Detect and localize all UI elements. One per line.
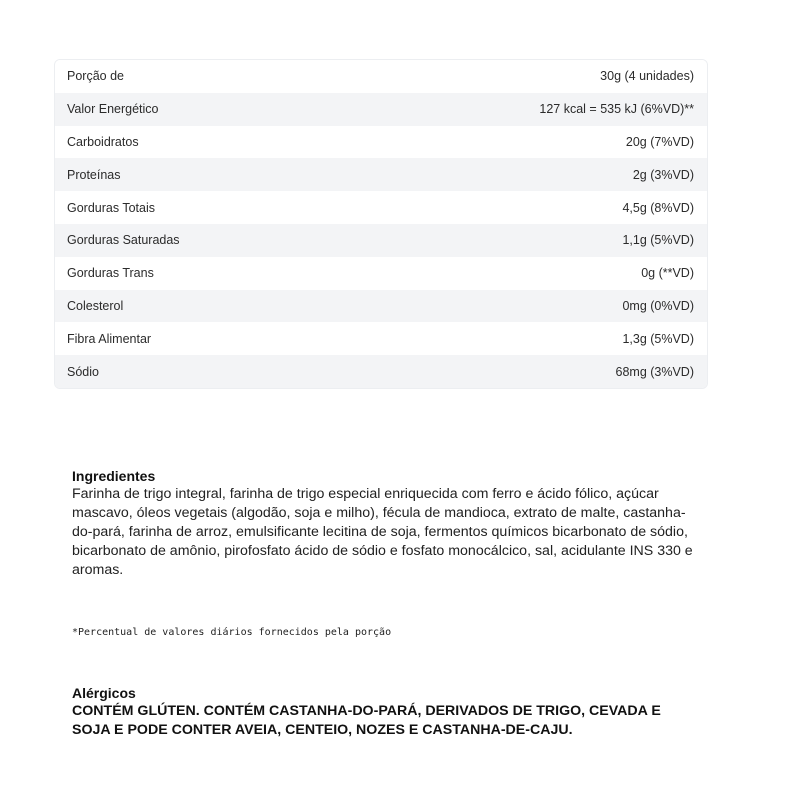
nutrition-value: 68mg (3%VD) bbox=[616, 365, 695, 379]
nutrition-label: Gorduras Saturadas bbox=[67, 233, 180, 247]
nutrition-label: Proteínas bbox=[67, 168, 121, 182]
nutrition-row-cholesterol: Colesterol 0mg (0%VD) bbox=[55, 290, 707, 323]
nutrition-row-fiber: Fibra Alimentar 1,3g (5%VD) bbox=[55, 322, 707, 355]
nutrition-table: Porção de 30g (4 unidades) Valor Energét… bbox=[54, 59, 708, 389]
nutrition-row-saturated-fat: Gorduras Saturadas 1,1g (5%VD) bbox=[55, 224, 707, 257]
nutrition-value: 4,5g (8%VD) bbox=[622, 201, 694, 215]
nutrition-label: Fibra Alimentar bbox=[67, 332, 151, 346]
nutrition-row-total-fat: Gorduras Totais 4,5g (8%VD) bbox=[55, 191, 707, 224]
nutrition-label: Carboidratos bbox=[67, 135, 139, 149]
nutrition-label: Porção de bbox=[67, 69, 124, 83]
nutrition-row-sodium: Sódio 68mg (3%VD) bbox=[55, 355, 707, 388]
allergens-text: CONTÉM GLÚTEN. CONTÉM CASTANHA-DO-PARÁ, … bbox=[72, 702, 692, 740]
nutrition-label: Colesterol bbox=[67, 299, 123, 313]
nutrition-value: 0g (**VD) bbox=[641, 266, 694, 280]
allergens-title: Alérgicos bbox=[72, 684, 712, 702]
nutrition-label: Gorduras Trans bbox=[67, 266, 154, 280]
nutrition-value: 0mg (0%VD) bbox=[622, 299, 694, 313]
nutrition-value: 2g (3%VD) bbox=[633, 168, 694, 182]
ingredients-title: Ingredientes bbox=[72, 467, 712, 485]
nutrition-value: 1,3g (5%VD) bbox=[622, 332, 694, 346]
nutrition-row-protein: Proteínas 2g (3%VD) bbox=[55, 158, 707, 191]
nutrition-value: 127 kcal = 535 kJ (6%VD)** bbox=[539, 102, 694, 116]
nutrition-row-portion: Porção de 30g (4 unidades) bbox=[55, 60, 707, 93]
nutrition-label: Valor Energético bbox=[67, 102, 159, 116]
nutrition-value: 20g (7%VD) bbox=[626, 135, 694, 149]
nutrition-label: Gorduras Totais bbox=[67, 201, 155, 215]
daily-value-footnote: *Percentual de valores diários fornecido… bbox=[72, 627, 391, 638]
nutrition-row-energy: Valor Energético 127 kcal = 535 kJ (6%VD… bbox=[55, 93, 707, 126]
nutrition-row-carbs: Carboidratos 20g (7%VD) bbox=[55, 126, 707, 159]
nutrition-value: 1,1g (5%VD) bbox=[622, 233, 694, 247]
ingredients-section: Ingredientes Farinha de trigo integral, … bbox=[72, 467, 712, 580]
nutrition-row-trans-fat: Gorduras Trans 0g (**VD) bbox=[55, 257, 707, 290]
allergens-section: Alérgicos CONTÉM GLÚTEN. CONTÉM CASTANHA… bbox=[72, 684, 712, 740]
ingredients-text: Farinha de trigo integral, farinha de tr… bbox=[72, 485, 702, 580]
nutrition-label: Sódio bbox=[67, 365, 99, 379]
nutrition-value: 30g (4 unidades) bbox=[600, 69, 694, 83]
